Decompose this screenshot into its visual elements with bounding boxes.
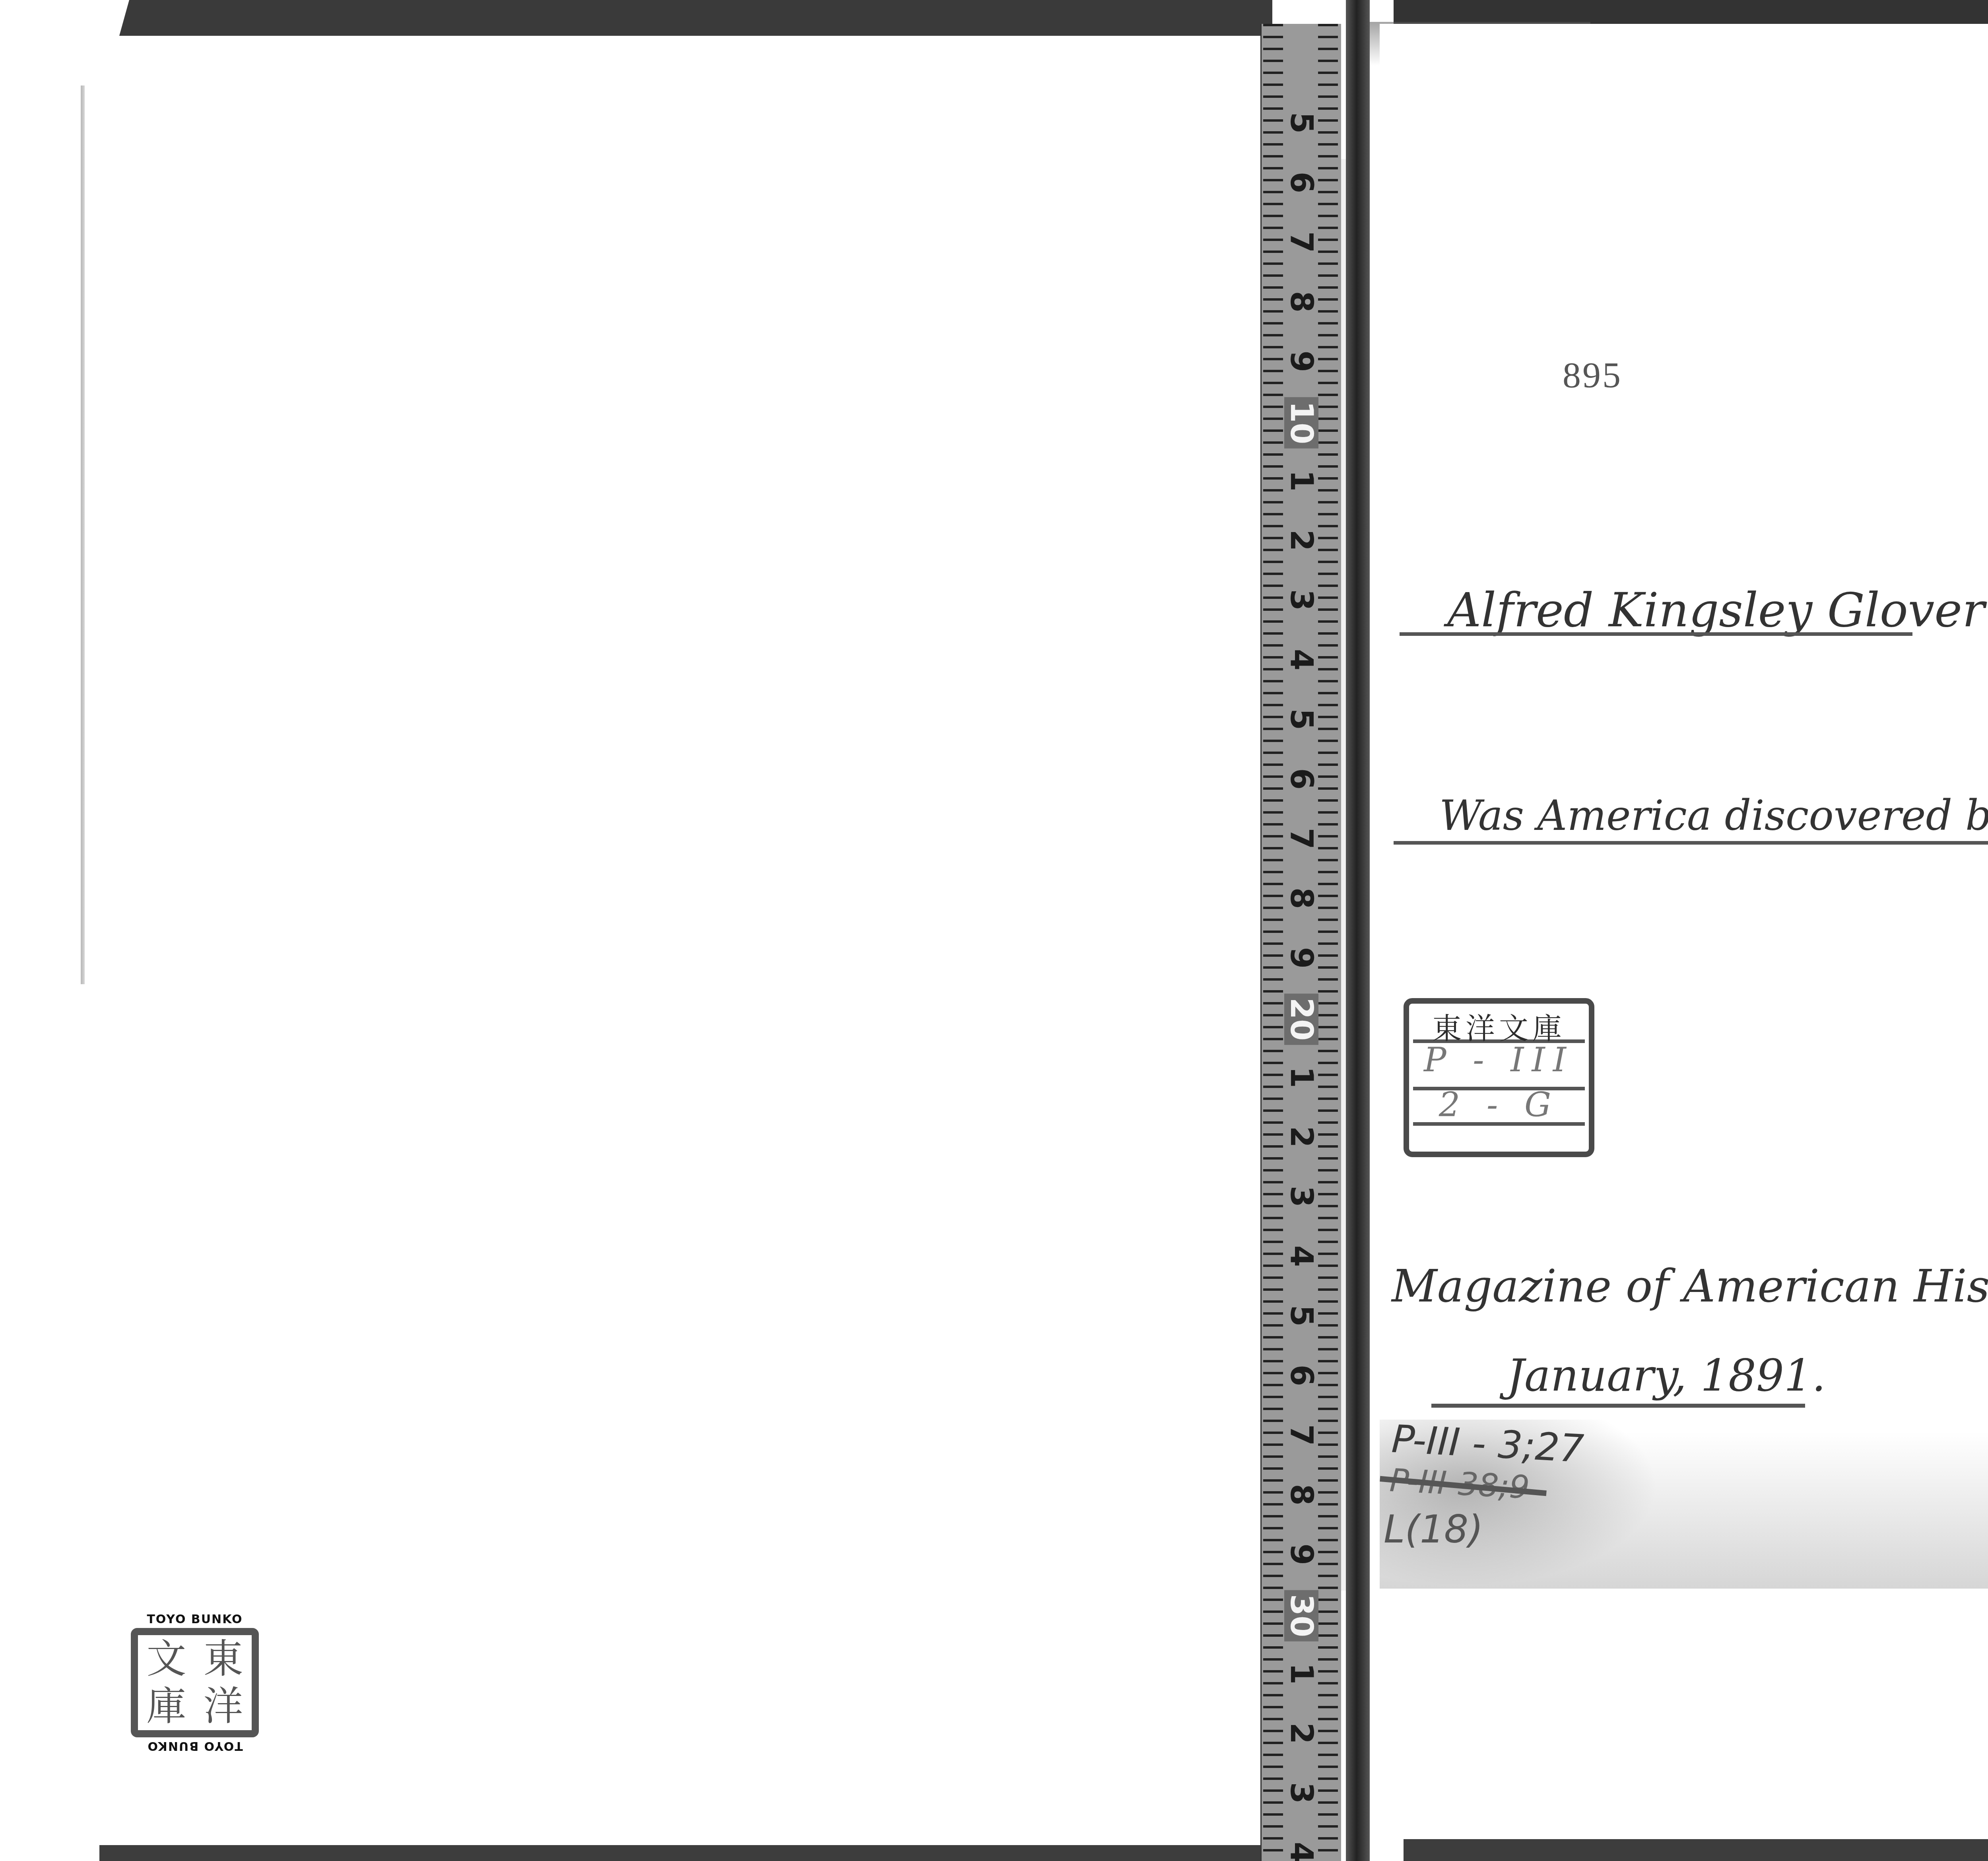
- ruler-label: 1: [1286, 1663, 1317, 1684]
- scanner-edge-bottom-left: [99, 1845, 1272, 1861]
- ruler-label: 20: [1284, 994, 1318, 1045]
- logo-text-bottom: TOYO BUNKO: [129, 1740, 260, 1752]
- left-page-edge: [81, 85, 85, 984]
- seal-char: 庫: [147, 1686, 186, 1726]
- article-title: Was America discovered by the Chinese?: [1439, 791, 1988, 840]
- title-underline: [1394, 841, 1988, 845]
- ruler-label: 2: [1286, 1126, 1317, 1148]
- author-name: Alfred Kingsley Glover: [1447, 583, 1985, 637]
- ruler-label: 2: [1286, 1723, 1317, 1744]
- ruler-label: 9: [1286, 351, 1317, 372]
- seal-char: 東: [204, 1639, 243, 1679]
- logo-text-top: TOYO BUNKO: [129, 1614, 260, 1626]
- date-underline: [1431, 1404, 1805, 1408]
- publication-date: January, 1891.: [1507, 1350, 1826, 1401]
- ruler-label: 6: [1286, 172, 1317, 193]
- ruler-label: 8: [1286, 291, 1317, 313]
- stamp-shelf-mark: P - III: [1409, 1040, 1589, 1079]
- ruler-label: 5: [1286, 112, 1317, 134]
- ruler-label: 4: [1286, 1842, 1317, 1861]
- ruler-label: 9: [1286, 1544, 1317, 1565]
- page-number: 895: [1563, 354, 1622, 396]
- left-page-blank: [85, 38, 1258, 1843]
- seal-char: 文: [147, 1639, 186, 1679]
- ruler-label: 6: [1286, 1365, 1317, 1386]
- stamp-header-row: 東洋文庫: [1413, 1004, 1585, 1043]
- ruler-label: 7: [1286, 231, 1317, 253]
- ruler-label: 8: [1286, 1484, 1317, 1506]
- source-publication: Magazine of American History: [1392, 1261, 1988, 1312]
- ruler-label: 7: [1286, 1424, 1317, 1446]
- ruler-label: 30: [1284, 1590, 1318, 1641]
- ruler-label: 3: [1286, 589, 1317, 611]
- library-stamp: 東洋文庫 P - III 2 - G: [1404, 998, 1594, 1157]
- ruler-label: 1: [1286, 1066, 1317, 1088]
- scanner-edge-top-left: [119, 0, 1272, 36]
- ruler-label: 4: [1286, 1245, 1317, 1267]
- ruler-label: 1: [1286, 470, 1317, 491]
- book-gutter: [1346, 0, 1370, 1861]
- toyo-bunko-logo-bottom-left: TOYO BUNKO 文 東 庫 洋 TOYO BUNKO: [129, 1614, 260, 1752]
- ruler-label: 8: [1286, 888, 1317, 909]
- seal-char: 洋: [204, 1686, 243, 1726]
- ruler-label: 2: [1286, 530, 1317, 551]
- ruler-ticks-right: [1318, 24, 1338, 1861]
- stamp-item-mark: 2 - G: [1409, 1085, 1589, 1124]
- ruler-label: 5: [1286, 709, 1317, 730]
- ruler-label: 6: [1286, 768, 1317, 790]
- ruler-ticks-left: [1263, 24, 1283, 1861]
- ruler-label: 5: [1286, 1305, 1317, 1327]
- ruler-label: 9: [1286, 947, 1317, 969]
- scanner-edge-bottom-right: [1404, 1839, 1988, 1861]
- measuring-ruler: 567891012345678920123456789301234: [1260, 24, 1341, 1861]
- ruler-label: 10: [1284, 397, 1318, 449]
- toyo-bunko-seal-icon: 文 東 庫 洋: [131, 1628, 259, 1737]
- author-underline: [1400, 632, 1912, 636]
- ruler-label: 3: [1286, 1782, 1317, 1804]
- ruler-label: 7: [1286, 828, 1317, 849]
- ruler-label: 3: [1286, 1186, 1317, 1207]
- ruler-label: 4: [1286, 649, 1317, 670]
- call-number-location: L(18): [1384, 1507, 1483, 1552]
